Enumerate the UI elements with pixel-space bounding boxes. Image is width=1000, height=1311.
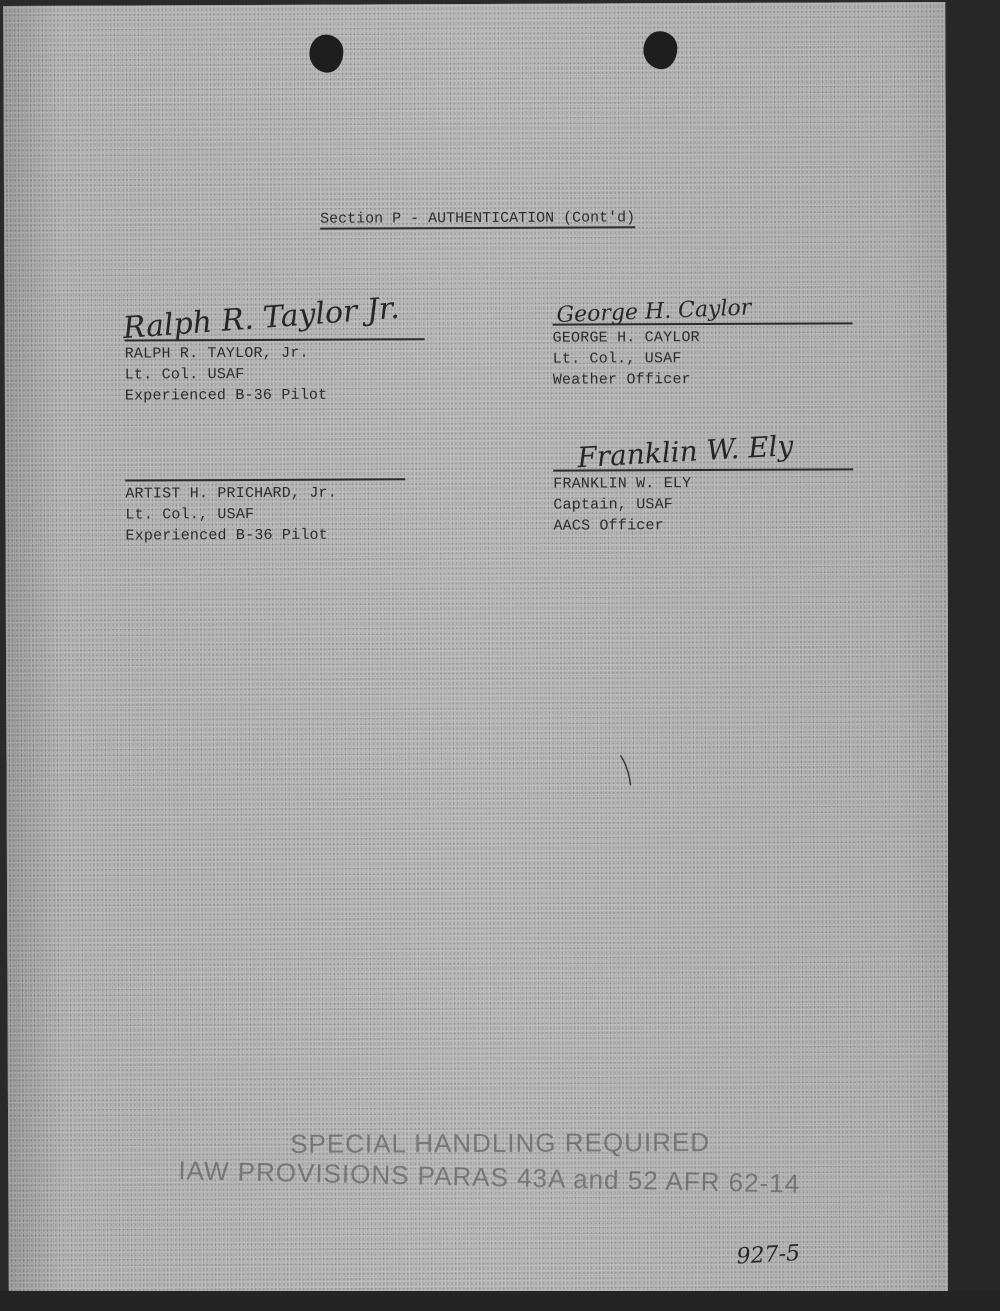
punch-hole-right — [643, 31, 677, 69]
signatory-name: RALPH R. TAYLOR, Jr. — [125, 342, 425, 364]
signatory-role: Experienced B-36 Pilot — [125, 384, 425, 406]
signature-block-prichard: ARTIST H. PRICHARD, Jr. Lt. Col., USAF E… — [125, 478, 405, 546]
signature-block-caylor: GEORGE H. CAYLOR Lt. Col., USAF Weather … — [553, 322, 853, 390]
punch-hole-left — [309, 35, 343, 73]
handwritten-page-number: 927-5 — [736, 1241, 801, 1270]
section-heading: Section P - AUTHENTICATION (Cont'd) — [320, 209, 635, 227]
scanned-page: Section P - AUTHENTICATION (Cont'd) Ralp… — [3, 2, 951, 1299]
scanner-edge-right — [948, 0, 1000, 1311]
signature-line — [553, 468, 853, 471]
signature-ely: Franklin W. Ely — [576, 429, 794, 474]
signature-block-ely: FRANKLIN W. ELY Captain, USAF AACS Offic… — [553, 468, 853, 536]
signatory-role: Experienced B-36 Pilot — [125, 524, 405, 546]
signatory-name: FRANKLIN W. ELY — [553, 472, 853, 494]
signature-line — [553, 322, 853, 325]
signatory-name: ARTIST H. PRICHARD, Jr. — [125, 482, 405, 504]
signatory-rank: Lt. Col., USAF — [125, 503, 405, 525]
handling-stamp-line-2: IAW PROVISIONS PARAS 43A and 52 AFR 62-1… — [178, 1155, 800, 1200]
scanner-edge-bottom — [0, 1291, 1000, 1311]
signature-line — [125, 478, 405, 481]
signatory-role: Weather Officer — [553, 368, 853, 390]
signature-block-taylor: RALPH R. TAYLOR, Jr. Lt. Col. USAF Exper… — [125, 338, 425, 406]
handling-stamp-line-1: SPECIAL HANDLING REQUIRED — [290, 1127, 710, 1160]
signatory-role: AACS Officer — [553, 514, 853, 536]
signature-line — [125, 338, 425, 341]
signatory-name: GEORGE H. CAYLOR — [553, 326, 853, 348]
signatory-rank: Lt. Col. USAF — [125, 363, 425, 385]
signatory-rank: Captain, USAF — [553, 493, 853, 515]
signatory-rank: Lt. Col., USAF — [553, 347, 853, 369]
pen-mark — [614, 751, 644, 801]
